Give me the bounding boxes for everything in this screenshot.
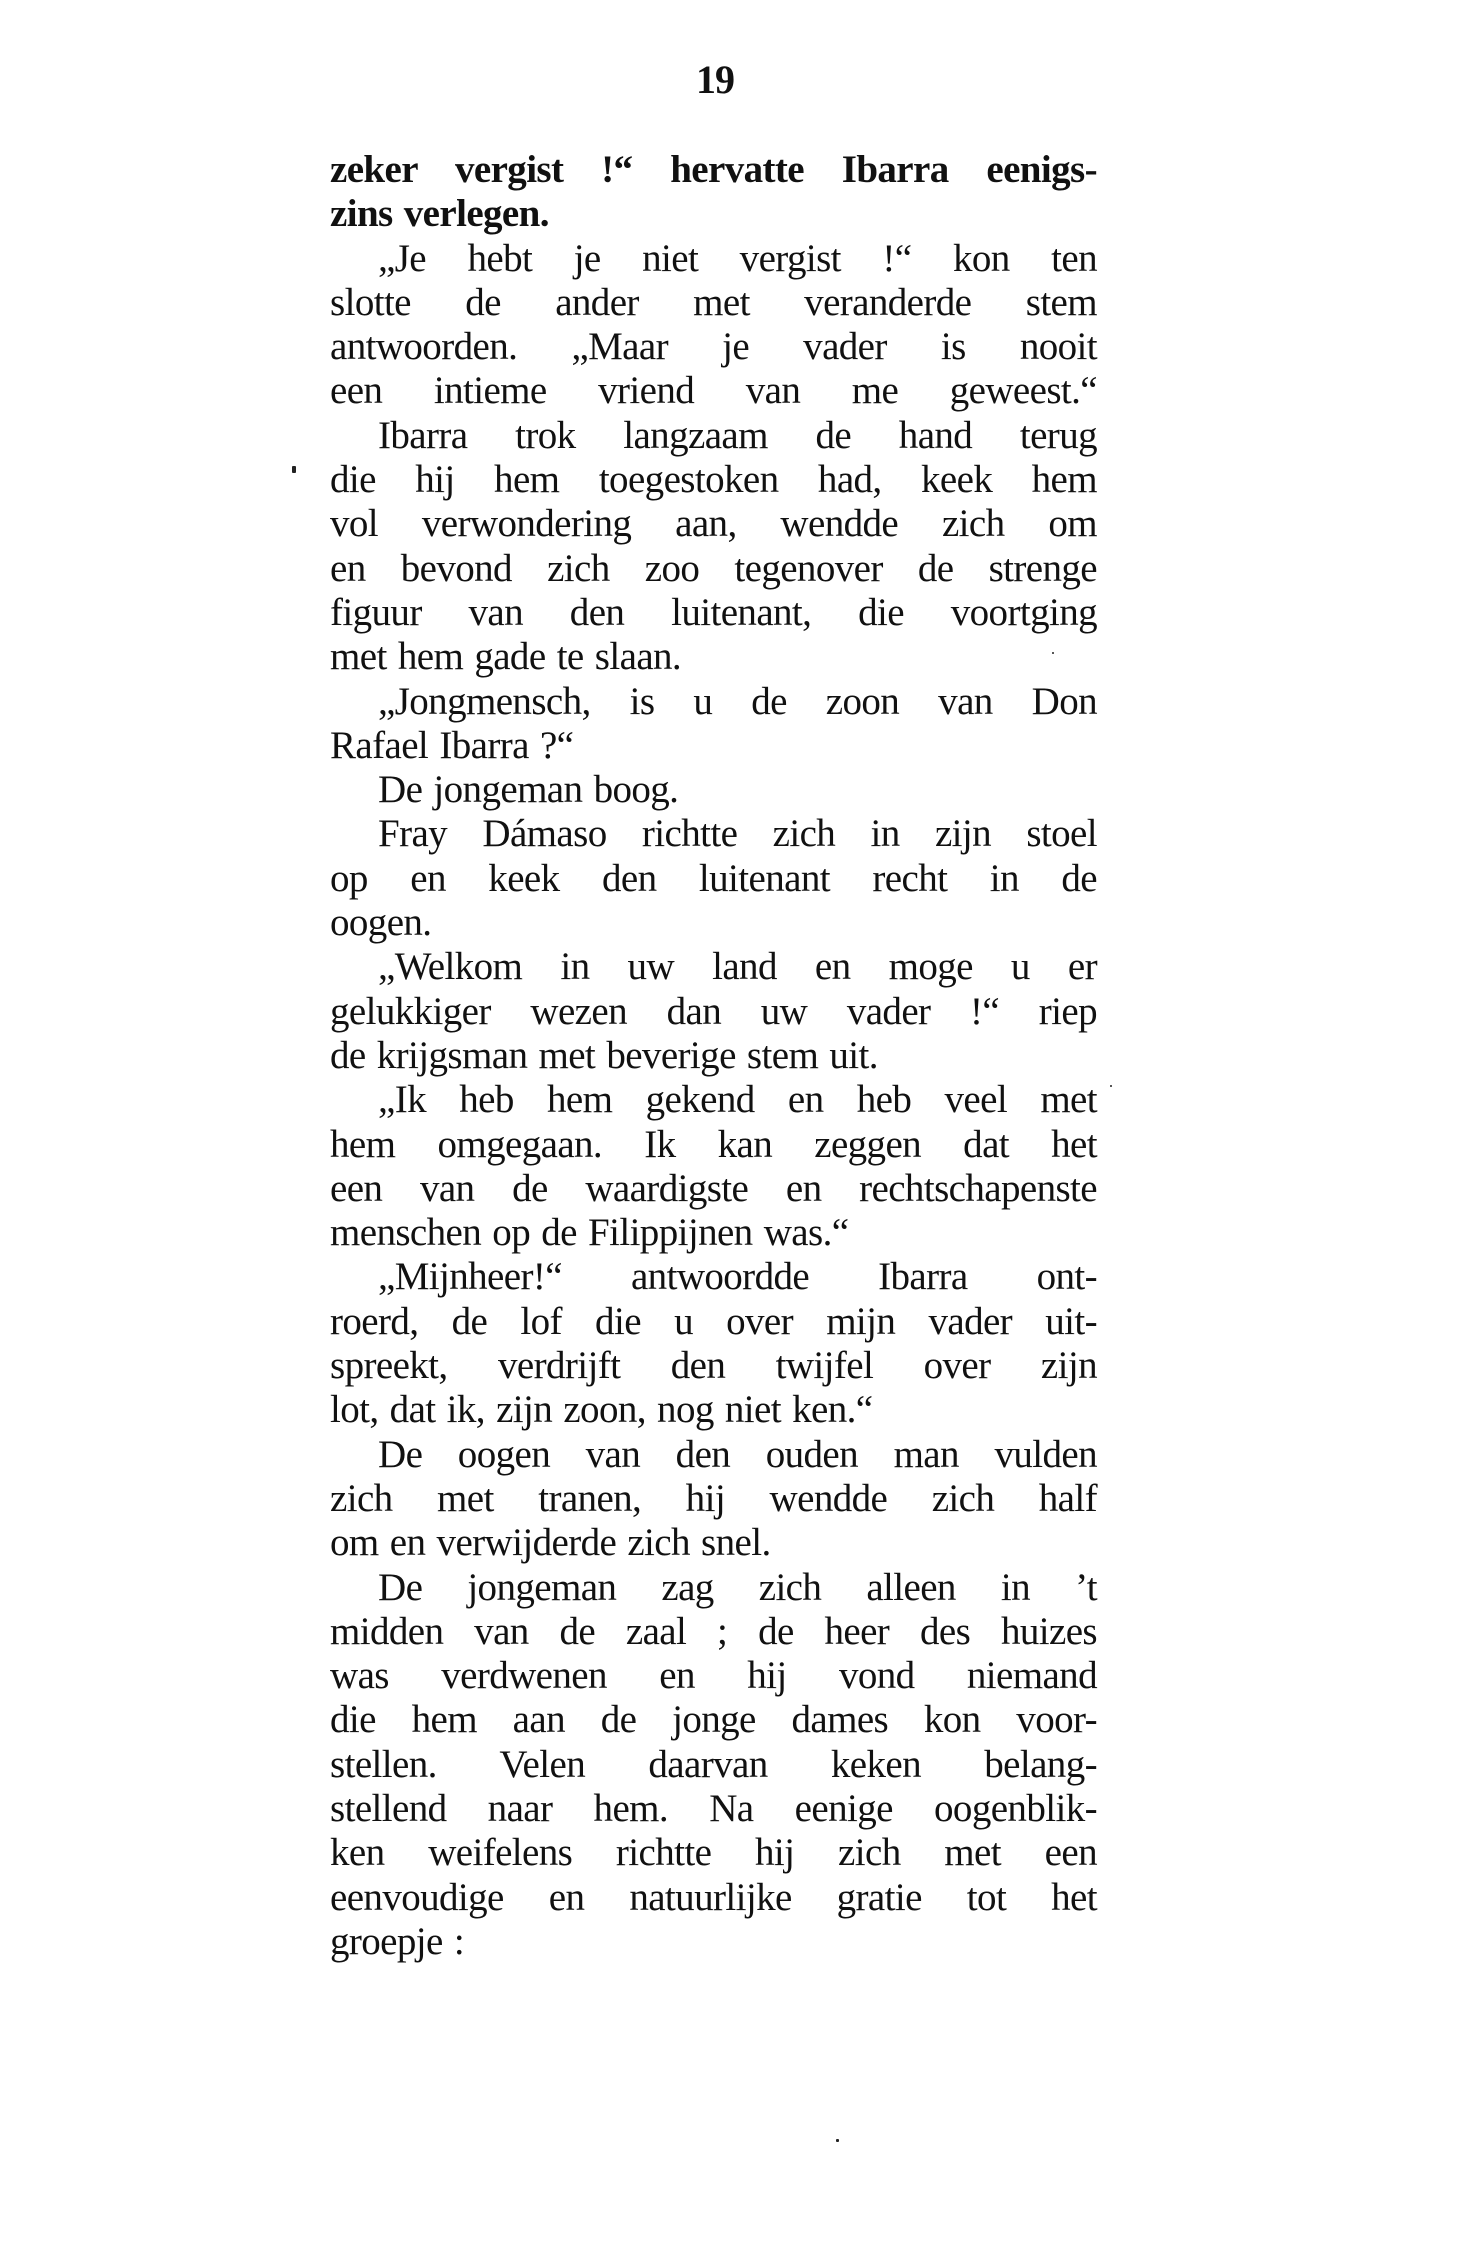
text-line: een intieme vriend van me geweest.“	[330, 369, 1097, 413]
scan-speck	[1110, 1085, 1112, 1087]
text-line: roerd, de lof die u over mijn vader uit-	[330, 1300, 1097, 1344]
text-line: zeker vergist !“ hervatte Ibarra eenigs-	[330, 148, 1097, 192]
text-line: op en keek den luitenant recht in de	[330, 857, 1097, 901]
text-line: Fray Dámaso richtte zich in zijn stoel	[330, 812, 1097, 856]
text-line: „Je hebt je niet vergist !“ kon ten	[330, 237, 1097, 281]
text-line: met hem gade te slaan.	[330, 635, 1097, 679]
text-line: midden van de zaal ; de heer des huizes	[330, 1610, 1097, 1654]
text-line: gelukkiger wezen dan uw vader !“ riep	[330, 990, 1097, 1034]
text-line: was verdwenen en hij vond niemand	[330, 1654, 1097, 1698]
text-line: die hij hem toegestoken had, keek hem	[330, 458, 1097, 502]
text-line: zins verlegen.	[330, 192, 1097, 236]
text-line: De jongeman boog.	[330, 768, 1097, 812]
text-line: Rafael Ibarra ?“	[330, 724, 1097, 768]
text-line: De oogen van den ouden man vulden	[330, 1433, 1097, 1477]
text-line: ken weifelens richtte hij zich met een	[330, 1831, 1097, 1875]
text-line: stellen. Velen daarvan keken belang-	[330, 1743, 1097, 1787]
text-line: „Welkom in uw land en moge u er	[330, 945, 1097, 989]
text-line: antwoorden. „Maar je vader is nooit	[330, 325, 1097, 369]
text-line: De jongeman zag zich alleen in ’t	[330, 1566, 1097, 1610]
text-line: zich met tranen, hij wendde zich half	[330, 1477, 1097, 1521]
text-line: spreekt, verdrijft den twijfel over zijn	[330, 1344, 1097, 1388]
text-line: vol verwondering aan, wendde zich om	[330, 502, 1097, 546]
text-line: groepje :	[330, 1920, 1097, 1964]
text-line: de krijgsman met beverige stem uit.	[330, 1034, 1097, 1078]
text-line: hem omgegaan. Ik kan zeggen dat het	[330, 1123, 1097, 1167]
text-line: slotte de ander met veranderde stem	[330, 281, 1097, 325]
text-line: een van de waardigste en rechtschapenste	[330, 1167, 1097, 1211]
text-line: „Ik heb hem gekend en heb veel met	[330, 1078, 1097, 1122]
body-text: zeker vergist !“ hervatte Ibarra eenigs-…	[330, 148, 1097, 1964]
text-line: die hem aan de jonge dames kon voor-	[330, 1698, 1097, 1742]
text-line: lot, dat ik, zijn zoon, nog niet ken.“	[330, 1388, 1097, 1432]
text-line: om en verwijderde zich snel.	[330, 1521, 1097, 1565]
text-line: menschen op de Filippijnen was.“	[330, 1211, 1097, 1255]
text-line: eenvoudige en natuurlijke gratie tot het	[330, 1876, 1097, 1920]
text-line: Ibarra trok langzaam de hand terug	[330, 414, 1097, 458]
scan-speck	[836, 2139, 839, 2142]
text-line: en bevond zich zoo tegenover de strenge	[330, 547, 1097, 591]
text-line: stellend naar hem. Na eenige oogenblik-	[330, 1787, 1097, 1831]
page-number: 19	[0, 58, 1430, 102]
text-line: „Mijnheer!“ antwoordde Ibarra ont-	[330, 1255, 1097, 1299]
scan-speck	[292, 466, 296, 473]
scan-speck	[1052, 652, 1054, 654]
text-line: figuur van den luitenant, die voortging	[330, 591, 1097, 635]
text-line: „Jongmensch, is u de zoon van Don	[330, 680, 1097, 724]
text-line: oogen.	[330, 901, 1097, 945]
